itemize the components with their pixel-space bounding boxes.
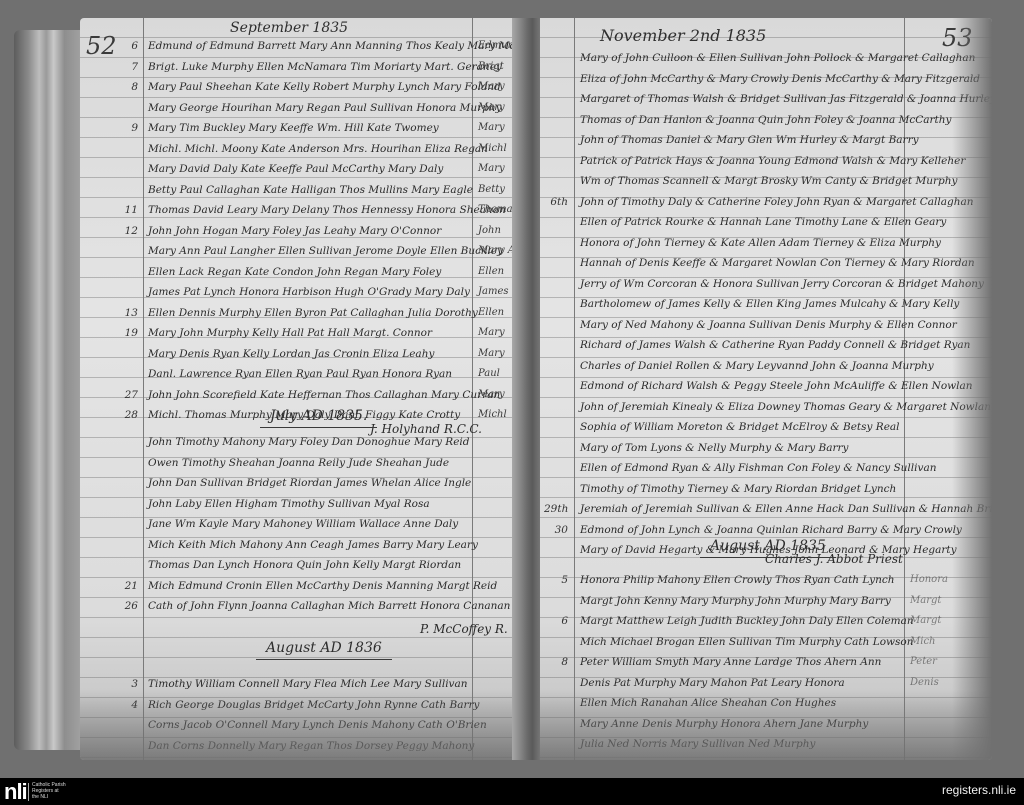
register-entry: 6thJohn of Timothy Daly & Catherine Fole…	[540, 192, 980, 213]
register-entry: 13Ellen Dennis Murphy Ellen Byron Pat Ca…	[80, 303, 472, 324]
section-heading: August AD 1835	[700, 538, 836, 558]
logo-divider	[28, 783, 29, 801]
entry-day: 6th	[544, 192, 568, 212]
entry-text: Mich Edmund Cronin Ellen McCarthy Denis …	[148, 576, 497, 596]
register-entry: John of Thomas Daniel & Mary Glen Wm Hur…	[540, 130, 980, 151]
logo-subtitle: Catholic Parish Registers at the NLI	[32, 782, 92, 800]
document-viewer[interactable]: 52 September 1835 6Edmund of Edmund Barr…	[0, 0, 1024, 778]
entry-text: Jane Wm Kayle Mary Mahoney William Walla…	[148, 514, 458, 534]
register-entry: Bartholomew of James Kelly & Ellen King …	[540, 294, 980, 315]
margin-name: Mich	[910, 632, 948, 653]
register-entry: Margaret of Thomas Walsh & Bridget Sulli…	[540, 89, 980, 110]
margin-names: HonoraMargtMargtMichPeterDenis	[910, 570, 948, 693]
entry-text: Owen Timothy Sheahan Joanna Reily Jude S…	[148, 453, 449, 473]
entry-text: Mary Denis Ryan Kelly Lordan Jas Cronin …	[148, 344, 434, 364]
entry-text: Richard of James Walsh & Catherine Ryan …	[580, 335, 970, 355]
entry-text: Ellen of Patrick Rourke & Hannah Lane Ti…	[580, 212, 946, 232]
entry-text: Bartholomew of James Kelly & Ellen King …	[580, 294, 959, 314]
register-entry: Edmond of Richard Walsh & Peggy Steele J…	[540, 376, 980, 397]
entry-text: Ellen of Edmond Ryan & Ally Fishman Con …	[580, 458, 936, 478]
entry-day: 5	[544, 570, 568, 590]
entry-text: Thomas of Dan Hanlon & Joanna Quin John …	[580, 110, 951, 130]
entry-text: Timothy of Timothy Tierney & Mary Riorda…	[580, 479, 896, 499]
book-binding	[14, 30, 86, 750]
register-entry: Mary Denis Ryan Kelly Lordan Jas Cronin …	[80, 344, 472, 365]
entry-text: Brigt. Luke Murphy Ellen McNamara Tim Mo…	[148, 57, 502, 77]
register-entry: 11Thomas David Leary Mary Delany Thos He…	[80, 200, 472, 221]
register-entry: 8Mary Paul Sheehan Kate Kelly Robert Mur…	[80, 77, 472, 98]
entry-text: Margt Matthew Leigh Judith Buckley John …	[580, 611, 914, 631]
margin-name: Peter	[910, 652, 948, 673]
entry-day: 6	[114, 36, 138, 56]
entry-text: John of Timothy Daly & Catherine Foley J…	[580, 192, 974, 212]
entries-list: 6Edmund of Edmund Barrett Mary Ann Manni…	[80, 36, 472, 426]
entry-text: Mary Paul Sheehan Kate Kelly Robert Murp…	[148, 77, 501, 97]
entry-text: Edmond of John Lynch & Joanna Quinlan Ri…	[580, 520, 962, 540]
footer-bar: nli Catholic Parish Registers at the NLI…	[0, 778, 1024, 805]
entries-list: Mary of John Culloon & Ellen Sullivan Jo…	[540, 48, 980, 561]
register-entry: Sophia of William Moreton & Bridget McEl…	[540, 417, 980, 438]
entry-text: Ellen Dennis Murphy Ellen Byron Pat Call…	[148, 303, 478, 323]
register-entry: Charles of Daniel Rollen & Mary Leyvannd…	[540, 356, 980, 377]
register-entry: 26Cath of John Flynn Joanna Callaghan Mi…	[80, 596, 472, 617]
entry-day: 13	[114, 303, 138, 323]
entry-text: Hannah of Denis Keeffe & Margaret Nowlan…	[580, 253, 975, 273]
register-entry: Patrick of Patrick Hays & Joanna Young E…	[540, 151, 980, 172]
entry-text: Jerry of Wm Corcoran & Honora Sullivan J…	[580, 274, 984, 294]
entry-day: 9	[114, 118, 138, 138]
entry-text: John Timothy Mahony Mary Foley Dan Donog…	[148, 432, 470, 452]
entry-text: Mary of John Culloon & Ellen Sullivan Jo…	[580, 48, 975, 68]
entry-text: Edmond of Richard Walsh & Peggy Steele J…	[580, 376, 973, 396]
entry-day: 6	[544, 611, 568, 631]
entry-text: Honora Philip Mahony Ellen Crowly Thos R…	[580, 570, 895, 590]
entry-day: 21	[114, 576, 138, 596]
register-entry: Honora of John Tierney & Kate Allen Adam…	[540, 233, 980, 254]
entry-text: Mary Ann Paul Langher Ellen Sullivan Jer…	[148, 241, 503, 261]
register-entry: John of Jeremiah Kinealy & Eliza Downey …	[540, 397, 980, 418]
left-page: 52 September 1835 6Edmund of Edmund Barr…	[80, 18, 520, 760]
entry-text: Edmund of Edmund Barrett Mary Ann Mannin…	[148, 36, 520, 56]
right-page: 53 November 2nd 1835 Mary of John Culloo…	[540, 18, 992, 760]
entry-text: Mich Keith Mich Mahony Ann Ceagh James B…	[148, 535, 478, 555]
entry-text: Michl. Michl. Moony Kate Anderson Mrs. H…	[148, 139, 488, 159]
entry-text: Eliza of John McCarthy & Mary Crowly Den…	[580, 69, 980, 89]
entry-text: Danl. Lawrence Ryan Ellen Ryan Paul Ryan…	[148, 364, 452, 384]
register-entry: Betty Paul Callaghan Kate Halligan Thos …	[80, 180, 472, 201]
register-entry: James Pat Lynch Honora Harbison Hugh O'G…	[80, 282, 472, 303]
entry-text: Peter William Smyth Mary Anne Lardge Tho…	[580, 652, 881, 672]
entry-text: Jeremiah of Jeremiah Sullivan & Ellen An…	[580, 499, 992, 519]
register-entry: Mary of John Culloon & Ellen Sullivan Jo…	[540, 48, 980, 69]
entry-day: 19	[114, 323, 138, 343]
register-entry: Mich Keith Mich Mahony Ann Ceagh James B…	[80, 535, 472, 556]
entry-text: John Dan Sullivan Bridget Riordan James …	[148, 473, 471, 493]
entry-text: Mary David Daly Kate Keeffe Paul McCarth…	[148, 159, 443, 179]
entry-text: Mary George Hourihan Mary Regan Paul Sul…	[148, 98, 502, 118]
register-entry: Jerry of Wm Corcoran & Honora Sullivan J…	[540, 274, 980, 295]
entry-text: Betty Paul Callaghan Kate Halligan Thos …	[148, 180, 473, 200]
register-entry: 7Brigt. Luke Murphy Ellen McNamara Tim M…	[80, 57, 472, 78]
margin-name: Honora	[910, 570, 948, 591]
entry-text: John John Hogan Mary Foley Jas Leahy Mar…	[148, 221, 441, 241]
page-shadow	[80, 690, 520, 760]
entry-text: Margaret of Thomas Walsh & Bridget Sulli…	[580, 89, 992, 109]
register-entry: Mary George Hourihan Mary Regan Paul Sul…	[80, 98, 472, 119]
register-entry: Ellen Lack Regan Kate Condon John Regan …	[80, 262, 472, 283]
entry-day: 27	[114, 385, 138, 405]
margin-name: Margt	[910, 611, 948, 632]
register-entry: 29thJeremiah of Jeremiah Sullivan & Elle…	[540, 499, 980, 520]
register-entry: Mary Ann Paul Langher Ellen Sullivan Jer…	[80, 241, 472, 262]
nli-logo[interactable]: nli	[4, 782, 27, 802]
register-entry: Michl. Michl. Moony Kate Anderson Mrs. H…	[80, 139, 472, 160]
register-entry: John Timothy Mahony Mary Foley Dan Donog…	[80, 432, 472, 453]
register-entry: Timothy of Timothy Tierney & Mary Riorda…	[540, 479, 980, 500]
register-entry: Eliza of John McCarthy & Mary Crowly Den…	[540, 69, 980, 90]
register-entry: Mary of Tom Lyons & Nelly Murphy & Mary …	[540, 438, 980, 459]
register-entry: John Dan Sullivan Bridget Riordan James …	[80, 473, 472, 494]
entry-text: James Pat Lynch Honora Harbison Hugh O'G…	[148, 282, 470, 302]
register-entry: Danl. Lawrence Ryan Ellen Ryan Paul Ryan…	[80, 364, 472, 385]
section-heading: November 2nd 1835	[600, 26, 766, 45]
register-entry: Ellen of Edmond Ryan & Ally Fishman Con …	[540, 458, 980, 479]
entry-text: Wm of Thomas Scannell & Margt Brosky Wm …	[580, 171, 957, 191]
entry-day: 7	[114, 57, 138, 77]
entry-day: 12	[114, 221, 138, 241]
entry-text: John John Scorefield Kate Heffernan Thos…	[148, 385, 500, 405]
register-entry: Thomas Dan Lynch Honora Quin John Kelly …	[80, 555, 472, 576]
priest-signature: P. McCoffey R.	[420, 622, 508, 636]
entry-text: Sophia of William Moreton & Bridget McEl…	[580, 417, 900, 437]
entry-day: 28	[114, 405, 138, 425]
entry-text: Mary Tim Buckley Mary Keeffe Wm. Hill Ka…	[148, 118, 439, 138]
entry-text: Thomas Dan Lynch Honora Quin John Kelly …	[148, 555, 461, 575]
entry-text: Mich Michael Brogan Ellen Sullivan Tim M…	[580, 632, 913, 652]
entry-day: 11	[114, 200, 138, 220]
section-heading: September 1835	[230, 20, 348, 36]
register-entry: Mary David Daly Kate Keeffe Paul McCarth…	[80, 159, 472, 180]
entry-text: Ellen Lack Regan Kate Condon John Regan …	[148, 262, 441, 282]
entry-text: Honora of John Tierney & Kate Allen Adam…	[580, 233, 941, 253]
entry-text: Cath of John Flynn Joanna Callaghan Mich…	[148, 596, 510, 616]
register-entry: John Laby Ellen Higham Timothy Sullivan …	[80, 494, 472, 515]
register-entry: Thomas of Dan Hanlon & Joanna Quin John …	[540, 110, 980, 131]
entry-text: Thomas David Leary Mary Delany Thos Henn…	[148, 200, 506, 220]
entry-text: Mary of Ned Mahony & Joanna Sullivan Den…	[580, 315, 957, 335]
entry-text: Margt John Kenny Mary Murphy John Murphy…	[580, 591, 891, 611]
entry-text: John Laby Ellen Higham Timothy Sullivan …	[148, 494, 430, 514]
section-heading: July AD 1835.	[260, 408, 377, 428]
entry-text: Patrick of Patrick Hays & Joanna Young E…	[580, 151, 965, 171]
entry-day: 8	[114, 77, 138, 97]
register-entry: 27John John Scorefield Kate Heffernan Th…	[80, 385, 472, 406]
entry-day: 26	[114, 596, 138, 616]
entry-day: 8	[544, 652, 568, 672]
register-entry: 21Mich Edmund Cronin Ellen McCarthy Deni…	[80, 576, 472, 597]
register-entry: 9Mary Tim Buckley Mary Keeffe Wm. Hill K…	[80, 118, 472, 139]
entry-text: John of Thomas Daniel & Mary Glen Wm Hur…	[580, 130, 919, 150]
page-shadow	[540, 690, 992, 760]
site-link[interactable]: registers.nli.ie	[942, 783, 1016, 797]
register-entry: Jane Wm Kayle Mary Mahoney William Walla…	[80, 514, 472, 535]
page-shadow	[952, 18, 992, 760]
register-entry: Ellen of Patrick Rourke & Hannah Lane Ti…	[540, 212, 980, 233]
entry-day: 29th	[544, 499, 568, 519]
register-entry: Hannah of Denis Keeffe & Margaret Nowlan…	[540, 253, 980, 274]
entries-list: John Timothy Mahony Mary Foley Dan Donog…	[80, 432, 472, 617]
margin-name: Margt	[910, 591, 948, 612]
register-entry: 6Edmund of Edmund Barrett Mary Ann Manni…	[80, 36, 472, 57]
entry-text: Mary of Tom Lyons & Nelly Murphy & Mary …	[580, 438, 848, 458]
section-heading: August AD 1836	[256, 640, 392, 660]
register-entry: Mary of Ned Mahony & Joanna Sullivan Den…	[540, 315, 980, 336]
entry-day: 30	[544, 520, 568, 540]
register-entry: 30Edmond of John Lynch & Joanna Quinlan …	[540, 520, 980, 541]
register-entry: 19Mary John Murphy Kelly Hall Pat Hall M…	[80, 323, 472, 344]
entry-text: Mary John Murphy Kelly Hall Pat Hall Mar…	[148, 323, 432, 343]
entry-text: John of Jeremiah Kinealy & Eliza Downey …	[580, 397, 991, 417]
subtitle-line: the NLI	[32, 794, 92, 800]
register-entry: Richard of James Walsh & Catherine Ryan …	[540, 335, 980, 356]
register-entry: Owen Timothy Sheahan Joanna Reily Jude S…	[80, 453, 472, 474]
entry-text: Charles of Daniel Rollen & Mary Leyvannd…	[580, 356, 934, 376]
register-entry: Wm of Thomas Scannell & Margt Brosky Wm …	[540, 171, 980, 192]
register-entry: 12John John Hogan Mary Foley Jas Leahy M…	[80, 221, 472, 242]
